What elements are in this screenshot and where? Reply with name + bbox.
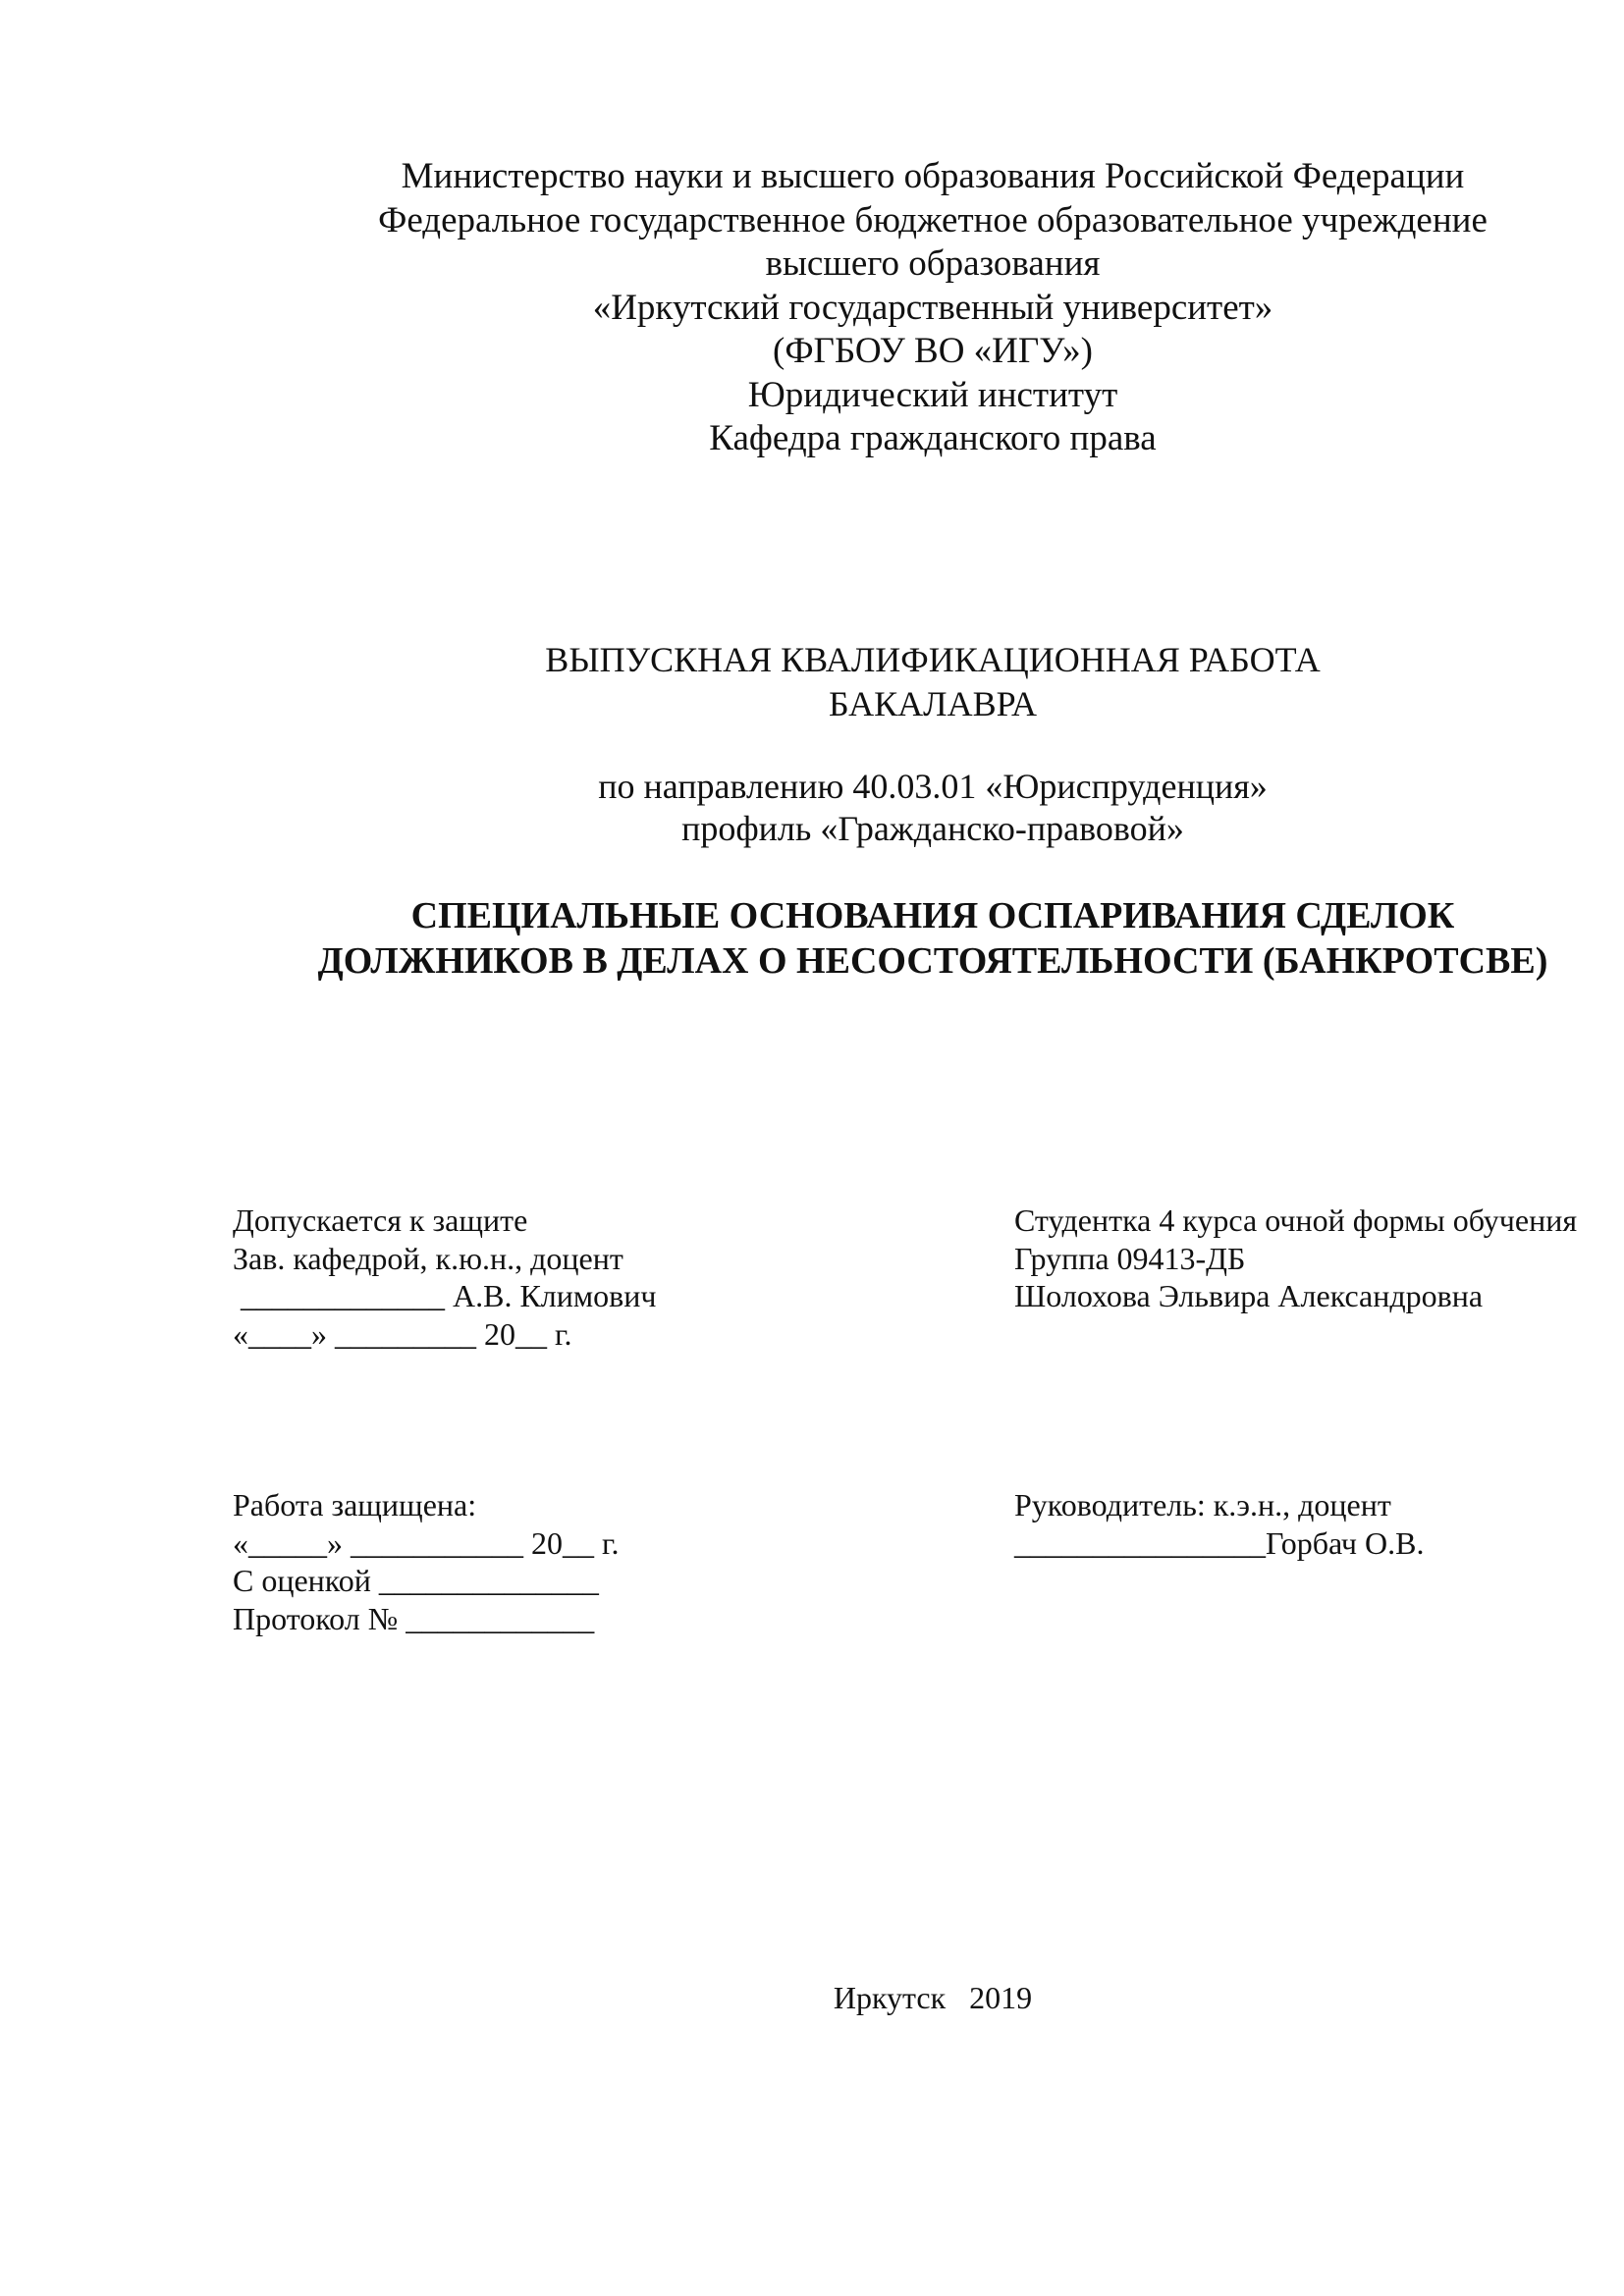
defense-label: Работа защищена: <box>233 1486 620 1524</box>
defense-date-field: «_____» ___________ 20__ г. <box>233 1524 620 1563</box>
grade-field: С оценкой ______________ <box>233 1562 620 1600</box>
head-of-department-position: Зав. кафедрой, к.ю.н., доцент <box>233 1240 656 1278</box>
work-type-heading: ВЫПУСКНАЯ КВАЛИФИКАЦИОННАЯ РАБОТА БАКАЛА… <box>245 638 1620 726</box>
student-block: Студентка 4 курса очной формы обучения Г… <box>1014 1201 1577 1315</box>
university-abbr-line: (ФГБОУ ВО «ИГУ») <box>245 330 1620 374</box>
student-course: Студентка 4 курса очной формы обучения <box>1014 1201 1577 1240</box>
direction-line: по направлению 40.03.01 «Юриспруденция» <box>245 766 1620 808</box>
admission-block: Допускается к защите Зав. кафедрой, к.ю.… <box>233 1201 656 1353</box>
ministry-line: Министерство науки и высшего образования… <box>245 155 1620 199</box>
protocol-number-field: Протокол № ____________ <box>233 1600 620 1638</box>
education-level-line: высшего образования <box>245 242 1620 287</box>
institution-header: Министерство науки и высшего образования… <box>245 155 1620 461</box>
city-year: Иркутск 2019 <box>245 1978 1620 2017</box>
work-type-line-2: БАКАЛАВРА <box>245 682 1620 726</box>
student-group: Группа 09413-ДБ <box>1014 1240 1577 1278</box>
profile-line: профиль «Гражданско-правовой» <box>245 808 1620 850</box>
admission-date-field: «____» _________ 20__ г. <box>233 1315 656 1354</box>
institute-line: Юридический институт <box>245 374 1620 418</box>
student-name: Шолохова Эльвира Александровна <box>1014 1277 1577 1315</box>
defense-block: Работа защищена: «_____» ___________ 20_… <box>233 1486 620 1637</box>
work-type-line-1: ВЫПУСКНАЯ КВАЛИФИКАЦИОННАЯ РАБОТА <box>245 638 1620 682</box>
thesis-title-line-2: ДОЛЖНИКОВ В ДЕЛАХ О НЕСОСТОЯТЕЛЬНОСТИ (Б… <box>245 938 1620 984</box>
institution-type-line: Федеральное государственное бюджетное об… <box>245 199 1620 243</box>
supervisor-block: Руководитель: к.э.н., доцент ___________… <box>1014 1486 1424 1562</box>
thesis-title: СПЕЦИАЛЬНЫЕ ОСНОВАНИЯ ОСПАРИВАНИЯ СДЕЛОК… <box>245 893 1620 984</box>
admission-label: Допускается к защите <box>233 1201 656 1240</box>
department-line: Кафедра гражданского права <box>245 417 1620 461</box>
study-direction: по направлению 40.03.01 «Юриспруденция» … <box>245 766 1620 850</box>
head-of-department-signature: _____________ А.В. Климович <box>233 1277 656 1315</box>
university-name-line: «Иркутский государственный университет» <box>245 287 1620 331</box>
supervisor-position: Руководитель: к.э.н., доцент <box>1014 1486 1424 1524</box>
thesis-title-line-1: СПЕЦИАЛЬНЫЕ ОСНОВАНИЯ ОСПАРИВАНИЯ СДЕЛОК <box>245 893 1620 938</box>
document-page: Министерство науки и высшего образования… <box>0 0 1624 2296</box>
supervisor-signature: ________________Горбач О.В. <box>1014 1524 1424 1563</box>
